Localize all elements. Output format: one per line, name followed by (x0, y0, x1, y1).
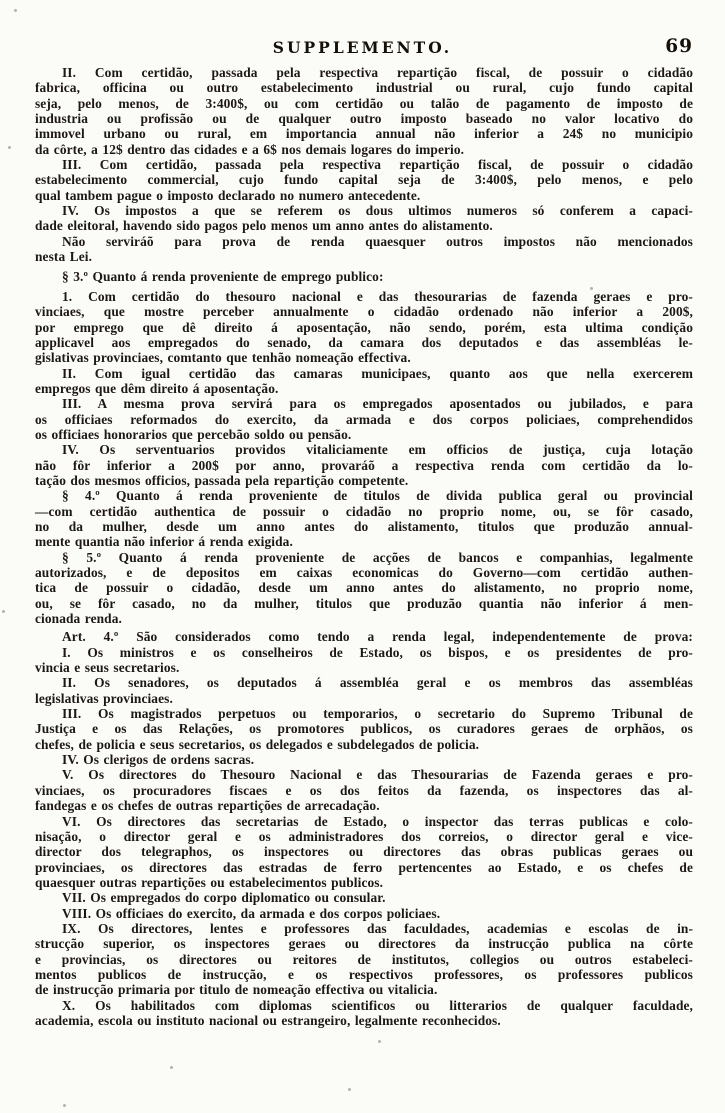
text-line: Justiça e os das Relações, os promotores… (35, 721, 693, 736)
text-line: provinciaes, os directores das estradas … (35, 860, 693, 875)
paragraph-directores-secretarias: VI. Os directores das secretarias de Est… (35, 814, 693, 891)
text-line: tica de possuir o cidadão, desde um anno… (35, 580, 693, 595)
paragraph-serventuarios: IV. Os serventuarios providos vitaliciam… (35, 442, 693, 488)
text-line: nesta Lei. (35, 249, 693, 264)
text-line: IV. Os impostos a que se referem os dous… (35, 203, 693, 218)
scan-speck (8, 146, 11, 149)
text-line: III. Com certidão, passada pela respecti… (35, 157, 693, 172)
text-line: VII. Os empregados do corpo diplomatico … (35, 890, 693, 905)
text-line: por emprego que dê direito á aposentação… (35, 320, 693, 335)
text-line: VIII. Os officiaes do exercito, da armad… (35, 906, 693, 921)
paragraph-imposto-industrial: II. Com certidão, passada pela respectiv… (35, 65, 693, 157)
text-line: IX. Os directores, lentes e professores … (35, 921, 693, 936)
page-title: SUPPLEMENTO. (0, 38, 725, 57)
text-line: Art. 4.º São considerados como tendo a r… (35, 629, 693, 644)
text-line: I. Os ministros e os conselheiros de Est… (35, 645, 693, 660)
text-line: da côrte, a 12$ dentro das cidades e a 6… (35, 142, 693, 157)
paragraph-magistrados: III. Os magistrados perpetuos ou tempora… (35, 706, 693, 752)
scan-speck (14, 9, 17, 12)
text-line: III. Os magistrados perpetuos ou tempora… (35, 706, 693, 721)
text-line: gislativas provinciaes, comtanto que ten… (35, 350, 693, 365)
text-line: mente quantia não inferior á renda exigi… (35, 534, 693, 549)
text-line: applicavel aos empregados do senado, da … (35, 335, 693, 350)
text-line: dade eleitoral, havendo sido pagos pelo … (35, 218, 693, 233)
paragraph-artigo-4: Art. 4.º São considerados como tendo a r… (35, 629, 693, 644)
text-line: vinciaes, os procuradores fiscaes e os d… (35, 783, 693, 798)
text-line: estabelecimento commercial, cujo fundo c… (35, 172, 693, 187)
text-line: § 4.º Quanto á renda proveniente de titu… (35, 488, 693, 503)
paragraph-clerigos: IV. Os clerigos de ordens sacras. (35, 752, 693, 767)
paragraph-estabelecimento-commercial: III. Com certidão, passada pela respecti… (35, 157, 693, 203)
text-line: § 5.º Quanto á renda proveniente de acçõ… (35, 550, 693, 565)
paragraph-senadores: II. Os senadores, os deputados á assembl… (35, 675, 693, 706)
text-line: IV. Os serventuarios providos vitaliciam… (35, 442, 693, 457)
text-line: não fôr inferior a 200$ por anno, provar… (35, 458, 693, 473)
text-line: industria ou profissão ou de qualquer ou… (35, 111, 693, 126)
paragraph-nao-servirao: Não serviráõ para prova de renda quaesqu… (35, 234, 693, 265)
scan-speck (63, 1104, 66, 1107)
paragraph-habilitados-diplomas: X. Os habilitados com diplomas scientifi… (35, 998, 693, 1029)
text-line: —com certidão authentica de possuir o ci… (35, 504, 693, 519)
text-line: immovel urbano ou rural, em importancia … (35, 126, 693, 141)
text-line: vinciaes, que mostre perceber annualment… (35, 304, 693, 319)
paragraph-certidao-thesouro: 1. Com certidão do thesouro nacional e d… (35, 289, 693, 366)
paragraph-ministros: I. Os ministros e os conselheiros de Est… (35, 645, 693, 676)
text-line: chefes, de policia e seus secretarios, o… (35, 737, 693, 752)
text-line: e provincias, os directores ou reitores … (35, 952, 693, 967)
text-line: os officiaes honorarios que percebão sol… (35, 427, 693, 442)
text-line: fabrica, officina ou outro estabelecimen… (35, 80, 693, 95)
scan-speck (348, 1088, 351, 1091)
text-line: II. Com igual certidão das camaras munic… (35, 366, 693, 381)
scan-speck (378, 1040, 381, 1043)
text-line: VI. Os directores das secretarias de Est… (35, 814, 693, 829)
text-line: autorizados, e de depositos em caixas ec… (35, 565, 693, 580)
text-line: qual tambem pague o imposto declarado no… (35, 188, 693, 203)
paragraph-aposentados-jubilados: III. A mesma prova servirá para os empre… (35, 396, 693, 442)
paragraph-paragrapho-4: § 4.º Quanto á renda proveniente de titu… (35, 488, 693, 549)
text-line: III. A mesma prova servirá para os empre… (35, 396, 693, 411)
text-line: quaesquer outras repartições ou estabele… (35, 875, 693, 890)
paragraph-officiaes-exercito: VIII. Os officiaes do exercito, da armad… (35, 906, 693, 921)
text-line: empregos que dêm direito á aposentação. (35, 381, 693, 396)
text-line: vincia e seus secretarios. (35, 660, 693, 675)
scan-speck (2, 610, 5, 613)
paragraph-paragrapho-5: § 5.º Quanto á renda proveniente de acçõ… (35, 550, 693, 627)
text-line: legislativas provinciaes. (35, 691, 693, 706)
text-line: nisação, o director geral e os administr… (35, 829, 693, 844)
text-line: II. Os senadores, os deputados á assembl… (35, 675, 693, 690)
text-block: II. Com certidão, passada pela respectiv… (35, 65, 693, 1028)
page-number: 69 (665, 36, 693, 57)
paragraph-certidao-camaras: II. Com igual certidão das camaras munic… (35, 366, 693, 397)
text-line: os officiaes reformados do exercito, da … (35, 412, 693, 427)
text-line: cionada renda. (35, 611, 693, 626)
text-line: seja, pelo menos, de 3:400$, ou com cert… (35, 96, 693, 111)
text-line: tação dos mesmos officios, passada pela … (35, 473, 693, 488)
scan-speck (170, 1066, 173, 1069)
text-line: II. Com certidão, passada pela respectiv… (35, 65, 693, 80)
text-line: fandegas e os chefes de outras repartiçõ… (35, 798, 693, 813)
text-line: § 3.º Quanto á renda proveniente de empr… (35, 269, 693, 284)
text-line: V. Os directores do Thesouro Nacional e … (35, 767, 693, 782)
paragraph-paragrapho-3: § 3.º Quanto á renda proveniente de empr… (35, 269, 693, 284)
text-line: IV. Os clerigos de ordens sacras. (35, 752, 693, 767)
text-line: strucção superior, os inspectores geraes… (35, 936, 693, 951)
paragraph-directores-faculdades: IX. Os directores, lentes e professores … (35, 921, 693, 998)
text-line: 1. Com certidão do thesouro nacional e d… (35, 289, 693, 304)
text-line: Não serviráõ para prova de renda quaesqu… (35, 234, 693, 249)
scan-speck (590, 287, 593, 290)
text-line: academia, escola ou instituto nacional o… (35, 1013, 693, 1028)
text-line: no da mulher, desde um anno antes do ali… (35, 519, 693, 534)
paragraph-impostos-capacidade: IV. Os impostos a que se referem os dous… (35, 203, 693, 234)
page-header: SUPPLEMENTO. 69 (0, 38, 725, 62)
text-line: X. Os habilitados com diplomas scientifi… (35, 998, 693, 1013)
paragraph-corpo-diplomatico: VII. Os empregados do corpo diplomatico … (35, 890, 693, 905)
text-line: ou, se fôr casado, no da mulher, titulos… (35, 596, 693, 611)
text-line: mentos publicos de instrucção, e os resp… (35, 967, 693, 982)
text-line: director dos telegraphos, os inspectores… (35, 844, 693, 859)
scanned-document-page: SUPPLEMENTO. 69 II. Com certidão, passad… (0, 0, 725, 1113)
text-line: de instrucção primaria por titulo de nom… (35, 982, 693, 997)
paragraph-directores-thesouro: V. Os directores do Thesouro Nacional e … (35, 767, 693, 813)
